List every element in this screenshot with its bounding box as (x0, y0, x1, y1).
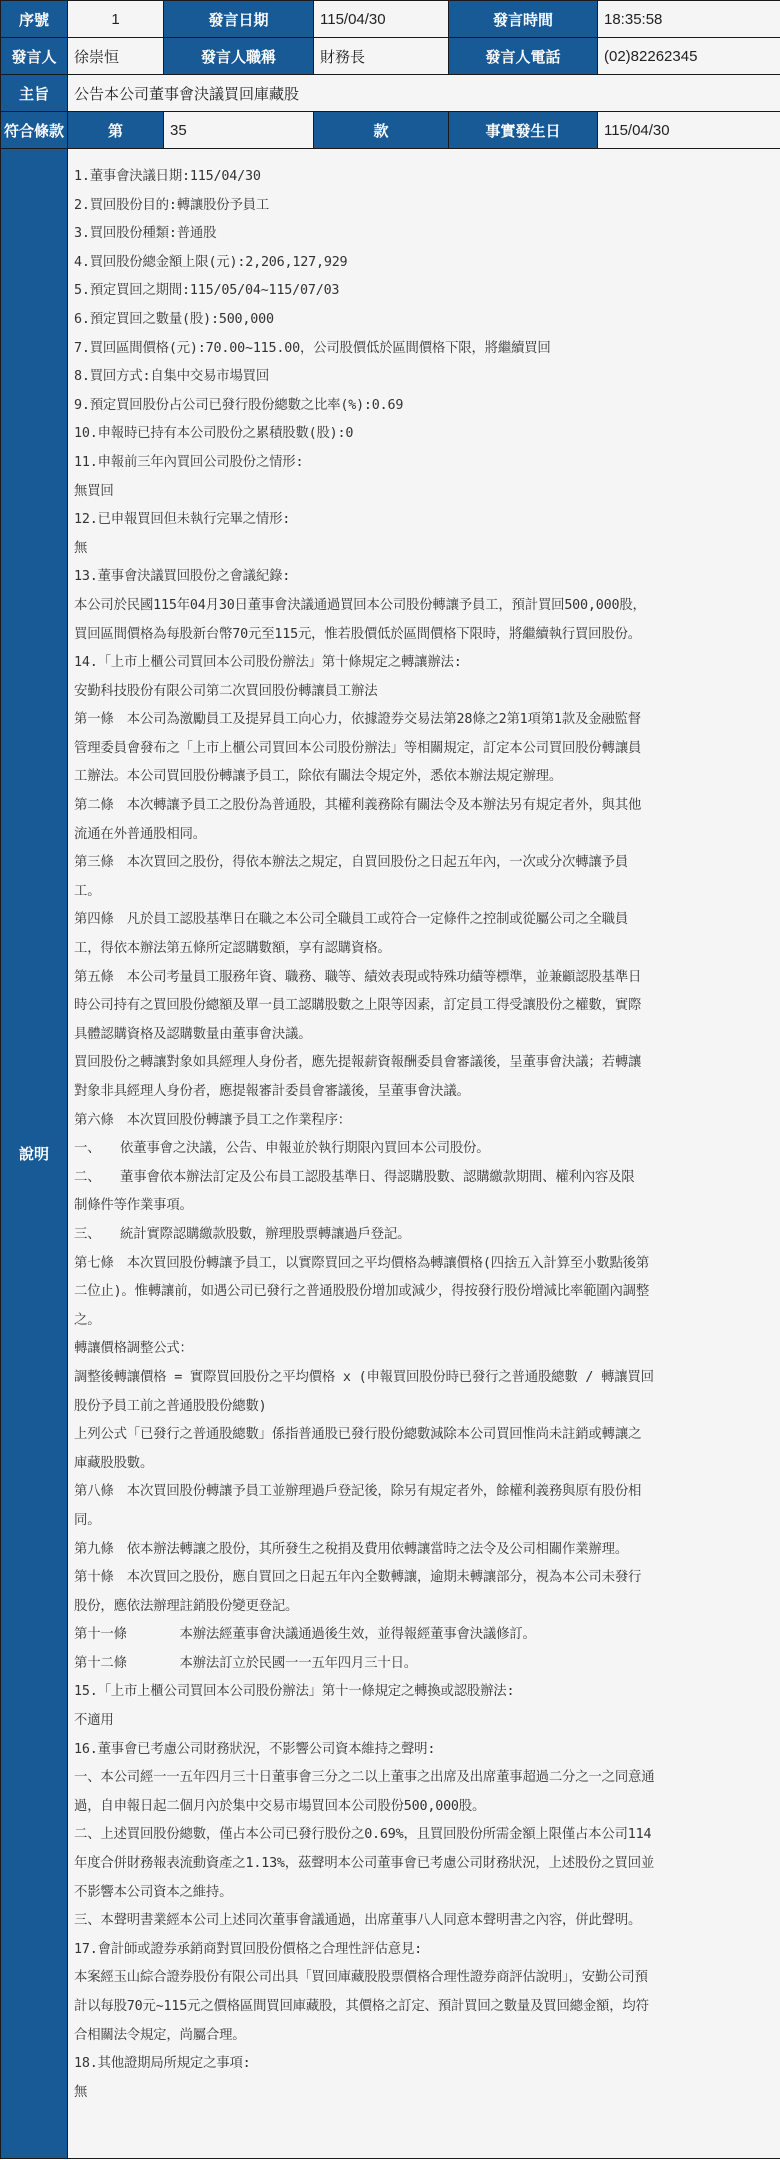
description-line: 不影響本公司資本之維持。 (74, 1879, 774, 1908)
description-content: 1.董事會決議日期:115/04/302.買回股份目的:轉讓股份予員工3.買回股… (68, 149, 780, 2159)
description-line: 第五條 本公司考量員工服務年資、職務、職等、績效表現或特殊功績等標準，並兼顧認股… (74, 964, 774, 993)
row-seq-date-time: 序號 1 發言日期 115/04/30 發言時間 18:35:58 (1, 1, 780, 38)
description-line: 第十條 本次買回之股份，應自買回之日起五年內全數轉讓，逾期未轉讓部分，視為本公司… (74, 1564, 774, 1593)
description-line: 16.董事會已考慮公司財務狀況，不影響公司資本維持之聲明: (74, 1736, 774, 1765)
description-line: 工辦法。本公司買回股份轉讓予員工，除依有關法令規定外，悉依本辦法規定辦理。 (74, 763, 774, 792)
seq-label: 序號 (1, 1, 68, 38)
description-line: 11.申報前三年內買回公司股份之情形: (74, 449, 774, 478)
description-line: 13.董事會決議買回股份之會議紀錄: (74, 563, 774, 592)
description-line: 15.「上市上櫃公司買回本公司股份辦法」第十一條規定之轉換或認股辦法: (74, 1678, 774, 1707)
description-line: 無買回 (74, 478, 774, 507)
description-line: 無 (74, 2079, 774, 2108)
description-line: 管理委員會發布之「上市上櫃公司買回本公司股份辦法」等相關規定，訂定本公司買回股份… (74, 735, 774, 764)
description-line: 二、 董事會依本辦法訂定及公布員工認股基準日、得認購股數、認購繳款期間、權利內容… (74, 1164, 774, 1193)
description-line: 第九條 依本辦法轉讓之股份，其所發生之稅捐及費用依轉讓當時之法令及公司相關作業辦… (74, 1536, 774, 1565)
description-line: 同。 (74, 1507, 774, 1536)
description-line: 第六條 本次買回股份轉讓予員工之作業程序： (74, 1107, 774, 1136)
description-line: 股份予員工前之普通股股份總數) (74, 1393, 774, 1422)
date-label: 發言日期 (164, 1, 314, 38)
description-line: 工，得依本辦法第五條所定認購數額，享有認購資格。 (74, 935, 774, 964)
description-line: 第一條 本公司為激勵員工及提昇員工向心力，依據證券交易法第28條之2第1項第1款… (74, 706, 774, 735)
seq-value: 1 (68, 1, 164, 38)
description-line: 工。 (74, 878, 774, 907)
description-line: 轉讓價格調整公式： (74, 1335, 774, 1364)
description-line: 對象非具經理人身份者，應提報審計委員會審議後，呈董事會決議。 (74, 1078, 774, 1107)
description-line: 9.預定買回股份占公司已發行股份總數之比率(%):0.69 (74, 392, 774, 421)
description-line: 調整後轉讓價格 = 實際買回股份之平均價格 x (申報買回股份時已發行之普通股總… (74, 1364, 774, 1393)
description-line: 不適用 (74, 1707, 774, 1736)
announcement-table: 序號 1 發言日期 115/04/30 發言時間 18:35:58 發言人 徐崇… (0, 0, 780, 2159)
description-line: 三、本聲明書業經本公司上述同次董事會議通過，出席董事八人同意本聲明書之內容，併此… (74, 1907, 774, 1936)
description-line: 安勤科技股份有限公司第二次買回股份轉讓員工辦法 (74, 678, 774, 707)
speaker-value: 徐崇恒 (68, 38, 164, 75)
description-line: 3.買回股份種類:普通股 (74, 220, 774, 249)
description-line: 計以每股70元~115元之價格區間買回庫藏股，其價格之訂定、預計買回之數量及買回… (74, 1993, 774, 2022)
description-line: 時公司持有之買回股份總額及單一員工認購股數之上限等因素，訂定員工得受讓股份之權數… (74, 992, 774, 1021)
description-line: 三、 統計實際認購繳款股數，辦理股票轉讓過戶登記。 (74, 1221, 774, 1250)
description-line: 制條件等作業事項。 (74, 1192, 774, 1221)
description-line: 一、 依董事會之決議，公告、申報並於執行期限內買回本公司股份。 (74, 1135, 774, 1164)
description-line: 第八條 本次買回股份轉讓予員工並辦理過戶登記後，除另有規定者外，餘權利義務與原有… (74, 1478, 774, 1507)
description-line: 8.買回方式:自集中交易市場買回 (74, 363, 774, 392)
description-line: 18.其他證期局所規定之事項: (74, 2050, 774, 2079)
clause-prefix: 第 (68, 112, 164, 149)
description-line: 17.會計師或證券承銷商對買回股份價格之合理性評估意見: (74, 1936, 774, 1965)
description-line: 本案經玉山綜合證券股份有限公司出具「買回庫藏股股票價格合理性證券商評估說明」，安… (74, 1964, 774, 1993)
description-line: 14.「上市上櫃公司買回本公司股份辦法」第十條規定之轉讓辦法: (74, 649, 774, 678)
row-subject: 主旨 公告本公司董事會決議買回庫藏股 (1, 75, 780, 112)
description-line: 買回區間價格為每股新台幣70元至115元，惟若股價低於區間價格下限時，將繼續執行… (74, 621, 774, 650)
speaker-phone-label: 發言人電話 (449, 38, 598, 75)
speaker-label: 發言人 (1, 38, 68, 75)
time-value: 18:35:58 (598, 1, 780, 38)
description-line: 本公司於民國115年04月30日董事會決議通過買回本公司股份轉讓予員工，預計買回… (74, 592, 774, 621)
description-line: 12.已申報買回但未執行完畢之情形: (74, 506, 774, 535)
subject-value: 公告本公司董事會決議買回庫藏股 (68, 75, 780, 112)
description-line: 年度合併財務報表流動資產之1.13%，茲聲明本公司董事會已考慮公司財務狀況，上述… (74, 1850, 774, 1879)
description-line: 6.預定買回之數量(股):500,000 (74, 306, 774, 335)
clause-suffix: 款 (314, 112, 449, 149)
description-line: 二、上述買回股份總數，僅占本公司已發行股份之0.69%，且買回股份所需金額上限僅… (74, 1821, 774, 1850)
description-line: 庫藏股股數。 (74, 1450, 774, 1479)
description-line: 第十二條 本辦法訂立於民國一一五年四月三十日。 (74, 1650, 774, 1679)
description-line: 1.董事會決議日期:115/04/30 (74, 163, 774, 192)
fact-date-label: 事實發生日 (449, 112, 598, 149)
clause-label: 符合條款 (1, 112, 68, 149)
description-label: 說明 (1, 149, 68, 2159)
description-line: 5.預定買回之期間:115/05/04~115/07/03 (74, 277, 774, 306)
description-line: 流通在外普通股相同。 (74, 821, 774, 850)
description-line: 第四條 凡於員工認股基準日在職之本公司全職員工或符合一定條件之控制或從屬公司之全… (74, 906, 774, 935)
description-line: 第十一條 本辦法經董事會決議通過後生效，並得報經董事會決議修訂。 (74, 1621, 774, 1650)
description-line: 具體認購資格及認購數量由董事會決議。 (74, 1021, 774, 1050)
row-clause: 符合條款 第 35 款 事實發生日 115/04/30 (1, 112, 780, 149)
time-label: 發言時間 (449, 1, 598, 38)
description-line: 之。 (74, 1307, 774, 1336)
description-line: 第三條 本次買回之股份，得依本辦法之規定，自買回股份之日起五年內，一次或分次轉讓… (74, 849, 774, 878)
description-line: 股份，應依法辦理註銷股份變更登記。 (74, 1593, 774, 1622)
description-line: 無 (74, 535, 774, 564)
date-value: 115/04/30 (314, 1, 449, 38)
description-line: 過，自申報日起二個月內於集中交易市場買回本公司股份500,000股。 (74, 1793, 774, 1822)
description-line: 10.申報時已持有本公司股份之累積股數(股):0 (74, 420, 774, 449)
description-line: 一、本公司經一一五年四月三十日董事會三分之二以上董事之出席及出席董事超過二分之一… (74, 1764, 774, 1793)
description-line: 合相關法令規定，尚屬合理。 (74, 2022, 774, 2051)
description-line: 4.買回股份總金額上限(元):2,206,127,929 (74, 249, 774, 278)
description-lines: 1.董事會決議日期:115/04/302.買回股份目的:轉讓股份予員工3.買回股… (74, 163, 774, 2107)
row-speaker: 發言人 徐崇恒 發言人職稱 財務長 發言人電話 (02)82262345 (1, 38, 780, 75)
speaker-phone-value: (02)82262345 (598, 38, 780, 75)
description-line: 7.買回區間價格(元):70.00~115.00，公司股價低於區間價格下限，將繼… (74, 335, 774, 364)
description-line: 第七條 本次買回股份轉讓予員工，以實際買回之平均價格為轉讓價格(四捨五入計算至小… (74, 1250, 774, 1279)
row-description: 說明 1.董事會決議日期:115/04/302.買回股份目的:轉讓股份予員工3.… (1, 149, 780, 2159)
speaker-title-value: 財務長 (314, 38, 449, 75)
description-line: 買回股份之轉讓對象如具經理人身份者，應先提報薪資報酬委員會審議後，呈董事會決議；… (74, 1049, 774, 1078)
description-line: 第二條 本次轉讓予員工之股份為普通股，其權利義務除有關法令及本辦法另有規定者外，… (74, 792, 774, 821)
subject-label: 主旨 (1, 75, 68, 112)
speaker-title-label: 發言人職稱 (164, 38, 314, 75)
description-line: 2.買回股份目的:轉讓股份予員工 (74, 192, 774, 221)
description-line: 二位止)。惟轉讓前，如遇公司已發行之普通股股份增加或減少，得按發行股份增減比率範… (74, 1278, 774, 1307)
fact-date-value: 115/04/30 (598, 112, 780, 149)
clause-value: 35 (164, 112, 314, 149)
description-line: 上列公式「已發行之普通股總數」係指普通股已發行股份總數減除本公司買回惟尚未註銷或… (74, 1421, 774, 1450)
